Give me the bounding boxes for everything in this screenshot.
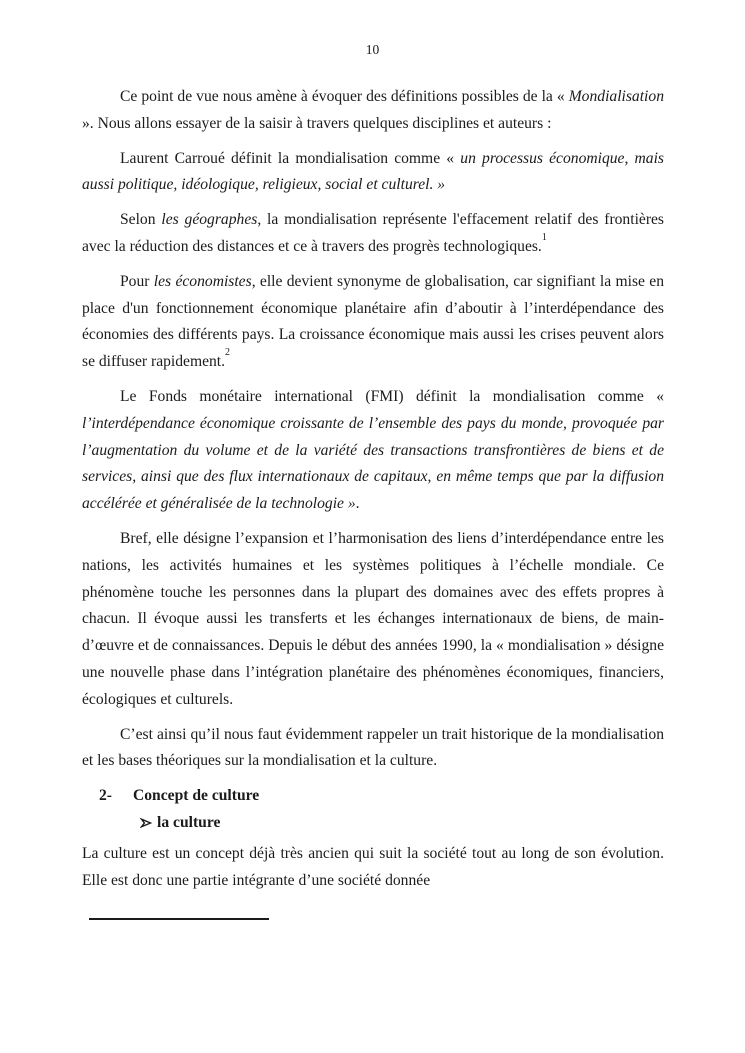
arrow-item-label: la culture — [157, 810, 220, 837]
footnote-reference: 2 — [225, 347, 230, 358]
paragraph: Ce point de vue nous amène à évoquer des… — [82, 84, 664, 138]
footnote-reference: 1 — [542, 232, 547, 243]
text-run: . — [356, 495, 360, 512]
paragraph: C’est ainsi qu’il nous faut évidemment r… — [82, 722, 664, 776]
section-heading-label: Concept de culture — [133, 787, 259, 804]
paragraph: La culture est un concept déjà très anci… — [82, 841, 664, 895]
italic-text: les géographes — [161, 211, 257, 228]
arrow-list-item: la culture — [82, 810, 664, 837]
paragraph: Laurent Carroué définit la mondialisatio… — [82, 146, 664, 200]
section-heading: 2-Concept de culture — [82, 783, 664, 810]
text-run: ». Nous allons essayer de la saisir à tr… — [82, 115, 551, 132]
text-run: Ce point de vue nous amène à évoquer des… — [120, 88, 569, 105]
italic-text: les économistes — [154, 273, 252, 290]
page-number: 10 — [0, 42, 745, 58]
italic-text: Mondialisation — [569, 88, 664, 105]
section-number: 2- — [99, 783, 133, 810]
text-run: Selon — [120, 211, 161, 228]
document-body: Ce point de vue nous amène à évoquer des… — [82, 84, 664, 920]
italic-text: l’interdépendance économique croissante … — [82, 415, 664, 512]
text-run: La culture est un concept déjà très anci… — [82, 845, 664, 889]
text-run: Le Fonds monétaire international (FMI) d… — [120, 388, 664, 405]
paragraph: Le Fonds monétaire international (FMI) d… — [82, 384, 664, 518]
text-run: Pour — [120, 273, 154, 290]
paragraph: Selon les géographes, la mondialisation … — [82, 207, 664, 261]
text-run: C’est ainsi qu’il nous faut évidemment r… — [82, 726, 664, 770]
footnote-separator — [89, 918, 269, 920]
text-run: Laurent Carroué définit la mondialisatio… — [120, 150, 460, 167]
paragraph: Bref, elle désigne l’expansion et l’harm… — [82, 526, 664, 714]
arrow-bullet-icon — [140, 817, 152, 829]
document-page: 10 Ce point de vue nous amène à évoquer … — [0, 0, 745, 1053]
text-run: Bref, elle désigne l’expansion et l’harm… — [82, 530, 664, 708]
paragraph: Pour les économistes, elle devient synon… — [82, 269, 664, 376]
